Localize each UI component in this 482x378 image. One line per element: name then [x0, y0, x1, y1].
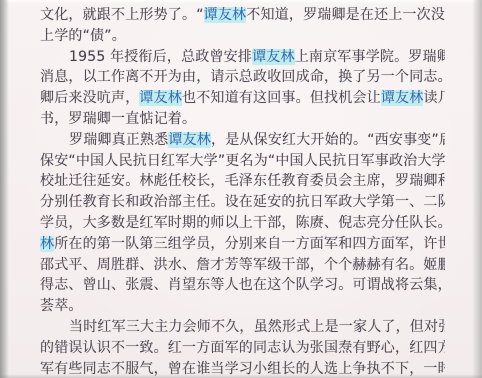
text-segment: 也不知道有这回事。但找机会让 [182, 90, 381, 106]
text-segment: ，是从保安红大开始的。“西安事变”后， [211, 132, 445, 148]
page-text: 文化，就跟不上形势了。“谭友林不知道，罗瑞卿是在还上一次没让他上学的“债”。19… [40, 5, 445, 378]
text-segment: 文化，就跟不上形势了。“ [40, 7, 204, 23]
text-line: 上学的“债”。 [40, 26, 445, 47]
highlighted-name: 谭友林 [168, 132, 211, 148]
highlighted-name: 谭友林 [381, 90, 424, 106]
highlighted-name: 谭友林 [139, 90, 182, 106]
highlighted-name: 谭友林 [252, 49, 295, 65]
text-line: 分别任教育长和政治部主任。设在延安的抗日军政大学第一、二队的 [40, 192, 445, 213]
text-segment: 1955 年授衔后，总政曾安排 [69, 49, 252, 65]
text-segment: 当时红军三大主力会师不久，虽然形式上是一家人了，但对张国焘 [69, 319, 445, 335]
text-line: 校址迁往延安。林彪任校长，毛泽东任教育委员会主席，罗瑞卿和傅钟 [40, 171, 445, 192]
text-line: 消息，以工作离不开为由，请示总政收回成命，换了另一个同志。罗瑞 [40, 67, 445, 88]
text-segment: 学员，大多数是红军时期的师以上干部，陈赓、倪志亮分任队长。 [40, 215, 445, 231]
text-segment: 邵式平、周胜群、洪水、詹才芳等军级干部，个个赫赫有名。姬鹏飞、杨 [40, 257, 445, 273]
text-segment: 上学的“债”。 [40, 28, 126, 44]
text-segment: 书，罗瑞卿一直惦记着。 [40, 111, 196, 127]
text-segment: 分别任教育长和政治部主任。设在延安的抗日军政大学第一、二队的 [40, 194, 445, 210]
text-segment: 消息，以工作离不开为由，请示总政收回成命，换了另一个同志。罗瑞 [40, 69, 445, 85]
text-line: 军有些同志不服气，曾在谁当学习小组长的人选上争执不下，一时竟 [40, 359, 445, 378]
text-segment: 的错误认识不一致。红一方面军的同志认为张国焘有野心，红四方面 [40, 340, 445, 356]
text-line: 保安“中国人民抗日红军大学”更名为“中国人民抗日军事政治大学”， [40, 151, 445, 172]
text-line: 林所在的第一队第三组学员，分别来自一方面军和四方面军，许世友、 [40, 234, 445, 255]
text-segment: 校址迁往延安。林彪任校长，毛泽东任教育委员会主席，罗瑞卿和傅钟 [40, 173, 445, 189]
text-segment: 上南京军事学院。罗瑞卿得到 [295, 49, 445, 65]
text-line: 书，罗瑞卿一直惦记着。 [40, 109, 445, 130]
text-segment: 卿后来没吭声， [40, 90, 139, 106]
text-line: 罗瑞卿真正熟悉谭友林，是从保安红大开始的。“西安事变”后， [40, 130, 445, 151]
text-segment: 得志、曾山、张震、肖望东等人也在这个队学习。可谓战将云集，群英 [40, 277, 445, 293]
text-segment: 罗瑞卿真正熟悉 [69, 132, 168, 148]
text-segment: 所在的第一队第三组学员，分别来自一方面军和四方面军，许世友、 [54, 236, 445, 252]
highlighted-name: 林 [40, 236, 54, 252]
book-page-photo: 文化，就跟不上形势了。“谭友林不知道，罗瑞卿是在还上一次没让他上学的“债”。19… [0, 0, 482, 378]
text-segment: 读几年 [423, 90, 445, 106]
text-line: 的错误认识不一致。红一方面军的同志认为张国焘有野心，红四方面 [40, 338, 445, 359]
text-line: 当时红军三大主力会师不久，虽然形式上是一家人了，但对张国焘 [40, 317, 445, 338]
photo-edge-right [472, 0, 482, 378]
text-line: 1955 年授衔后，总政曾安排谭友林上南京军事学院。罗瑞卿得到 [40, 47, 445, 68]
text-line: 文化，就跟不上形势了。“谭友林不知道，罗瑞卿是在还上一次没让他 [40, 5, 445, 26]
text-segment: 不知道，罗瑞卿是在还上一次没让他 [246, 7, 445, 23]
photo-edge-left [0, 0, 9, 378]
text-line: 得志、曾山、张震、肖望东等人也在这个队学习。可谓战将云集，群英 [40, 275, 445, 296]
photo-edge-top [0, 0, 482, 4]
text-line: 卿后来没吭声，谭友林也不知道有这回事。但找机会让谭友林读几年 [40, 88, 445, 109]
text-segment: 荟萃。 [40, 298, 83, 314]
text-line: 邵式平、周胜群、洪水、詹才芳等军级干部，个个赫赫有名。姬鹏飞、杨 [40, 255, 445, 276]
text-line: 学员，大多数是红军时期的师以上干部，陈赓、倪志亮分任队长。谭友 [40, 213, 445, 234]
screenshot-root: { "document": { "kind": "photographed-bo… [0, 0, 482, 378]
highlighted-name: 谭友林 [204, 7, 247, 23]
text-segment: 保安“中国人民抗日红军大学”更名为“中国人民抗日军事政治大学”， [40, 153, 445, 169]
text-segment: 军有些同志不服气，曾在谁当学习小组长的人选上争执不下，一时竟 [40, 361, 445, 377]
text-line: 荟萃。 [40, 296, 445, 317]
